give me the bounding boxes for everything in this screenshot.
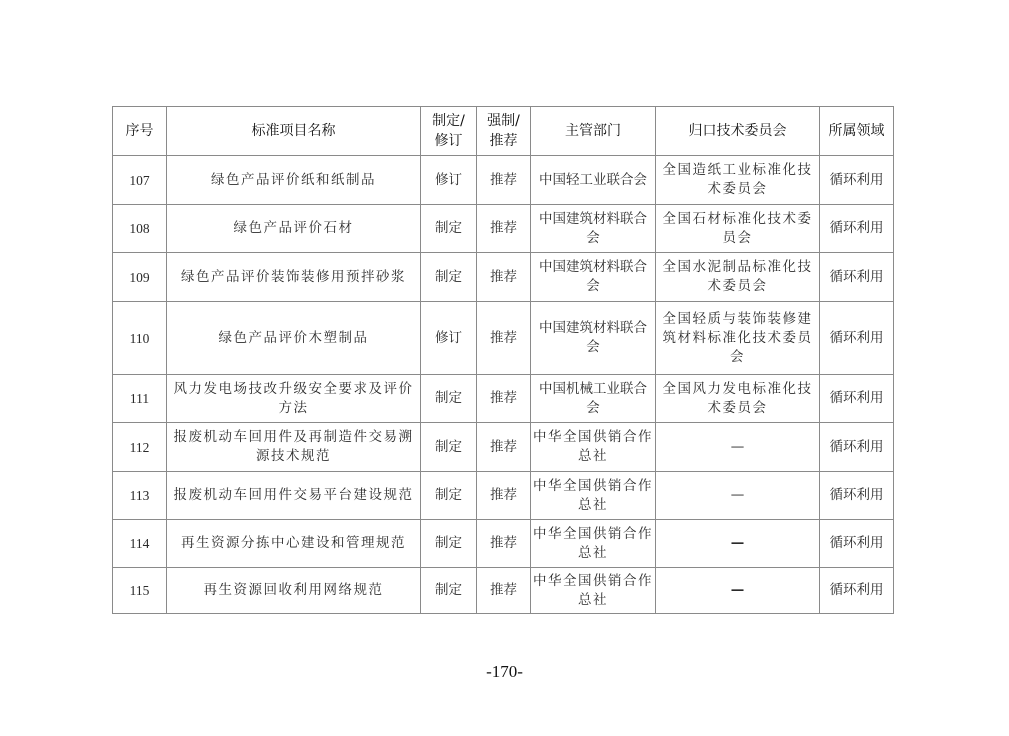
cell-domain: 循环利用: [820, 156, 894, 205]
cell-domain: 循环利用: [820, 375, 894, 423]
table-row: 115 再生资源回收利用网络规范 制定 推荐 中华全国供销合作总社 — 循环利用: [113, 568, 894, 614]
cell-name: 再生资源分拣中心建设和管理规范: [167, 520, 421, 568]
cell-dept: 中华全国供销合作总社: [531, 520, 656, 568]
cell-seq: 109: [113, 253, 167, 302]
cell-level: 推荐: [477, 568, 531, 614]
header-committee: 归口技术委员会: [656, 107, 820, 156]
cell-domain: 循环利用: [820, 253, 894, 302]
cell-type: 制定: [421, 520, 477, 568]
cell-committee: —: [656, 472, 820, 520]
cell-domain: 循环利用: [820, 520, 894, 568]
cell-committee: 全国轻质与装饰装修建筑材料标准化技术委员会: [656, 302, 820, 375]
cell-committee: 全国造纸工业标准化技术委员会: [656, 156, 820, 205]
cell-domain: 循环利用: [820, 472, 894, 520]
cell-dept: 中国机械工业联合会: [531, 375, 656, 423]
cell-dept: 中国建筑材料联合会: [531, 302, 656, 375]
cell-name: 绿色产品评价石材: [167, 205, 421, 253]
cell-dept: 中华全国供销合作总社: [531, 472, 656, 520]
table-row: 114 再生资源分拣中心建设和管理规范 制定 推荐 中华全国供销合作总社 — 循…: [113, 520, 894, 568]
cell-committee: —: [656, 520, 820, 568]
cell-type: 制定: [421, 375, 477, 423]
cell-dept: 中国轻工业联合会: [531, 156, 656, 205]
cell-name: 风力发电场技改升级安全要求及评价方法: [167, 375, 421, 423]
cell-name: 报废机动车回用件及再制造件交易溯源技术规范: [167, 423, 421, 472]
cell-seq: 115: [113, 568, 167, 614]
table-row: 107 绿色产品评价纸和纸制品 修订 推荐 中国轻工业联合会 全国造纸工业标准化…: [113, 156, 894, 205]
cell-domain: 循环利用: [820, 205, 894, 253]
cell-committee: —: [656, 568, 820, 614]
table-row: 109 绿色产品评价装饰装修用预拌砂浆 制定 推荐 中国建筑材料联合会 全国水泥…: [113, 253, 894, 302]
cell-name: 绿色产品评价木塑制品: [167, 302, 421, 375]
header-type: 制定/修订: [421, 107, 477, 156]
cell-dept: 中国建筑材料联合会: [531, 253, 656, 302]
header-name: 标准项目名称: [167, 107, 421, 156]
cell-level: 推荐: [477, 156, 531, 205]
header-level: 强制/推荐: [477, 107, 531, 156]
cell-level: 推荐: [477, 423, 531, 472]
cell-type: 制定: [421, 253, 477, 302]
cell-dept: 中华全国供销合作总社: [531, 423, 656, 472]
table-row: 113 报废机动车回用件交易平台建设规范 制定 推荐 中华全国供销合作总社 — …: [113, 472, 894, 520]
table-row: 108 绿色产品评价石材 制定 推荐 中国建筑材料联合会 全国石材标准化技术委员…: [113, 205, 894, 253]
document-page: 序号 标准项目名称 制定/修订 强制/推荐 主管部门 归口技术委员会 所属领域 …: [0, 0, 1009, 736]
header-level-label: 强制/推荐: [487, 113, 520, 149]
cell-type: 制定: [421, 568, 477, 614]
cell-level: 推荐: [477, 520, 531, 568]
cell-level: 推荐: [477, 253, 531, 302]
cell-level: 推荐: [477, 472, 531, 520]
cell-seq: 111: [113, 375, 167, 423]
cell-type: 修订: [421, 302, 477, 375]
cell-level: 推荐: [477, 375, 531, 423]
cell-type: 制定: [421, 472, 477, 520]
cell-name: 绿色产品评价纸和纸制品: [167, 156, 421, 205]
cell-domain: 循环利用: [820, 302, 894, 375]
page-number: -170-: [0, 662, 1009, 682]
header-seq: 序号: [113, 107, 167, 156]
cell-seq: 107: [113, 156, 167, 205]
cell-name: 再生资源回收利用网络规范: [167, 568, 421, 614]
cell-type: 制定: [421, 423, 477, 472]
cell-type: 修订: [421, 156, 477, 205]
cell-seq: 108: [113, 205, 167, 253]
cell-domain: 循环利用: [820, 568, 894, 614]
cell-name: 绿色产品评价装饰装修用预拌砂浆: [167, 253, 421, 302]
cell-committee: 全国石材标准化技术委员会: [656, 205, 820, 253]
cell-committee: —: [656, 423, 820, 472]
cell-committee: 全国风力发电标准化技术委员会: [656, 375, 820, 423]
table-header-row: 序号 标准项目名称 制定/修订 强制/推荐 主管部门 归口技术委员会 所属领域: [113, 107, 894, 156]
standards-table: 序号 标准项目名称 制定/修订 强制/推荐 主管部门 归口技术委员会 所属领域 …: [112, 106, 894, 614]
header-type-label: 制定/修订: [432, 113, 465, 149]
cell-level: 推荐: [477, 302, 531, 375]
cell-seq: 110: [113, 302, 167, 375]
cell-type: 制定: [421, 205, 477, 253]
header-domain: 所属领域: [820, 107, 894, 156]
table-row: 111 风力发电场技改升级安全要求及评价方法 制定 推荐 中国机械工业联合会 全…: [113, 375, 894, 423]
cell-seq: 112: [113, 423, 167, 472]
cell-seq: 113: [113, 472, 167, 520]
cell-dept: 中国建筑材料联合会: [531, 205, 656, 253]
cell-name: 报废机动车回用件交易平台建设规范: [167, 472, 421, 520]
cell-committee: 全国水泥制品标准化技术委员会: [656, 253, 820, 302]
cell-dept: 中华全国供销合作总社: [531, 568, 656, 614]
cell-domain: 循环利用: [820, 423, 894, 472]
table-row: 110 绿色产品评价木塑制品 修订 推荐 中国建筑材料联合会 全国轻质与装饰装修…: [113, 302, 894, 375]
cell-level: 推荐: [477, 205, 531, 253]
table-row: 112 报废机动车回用件及再制造件交易溯源技术规范 制定 推荐 中华全国供销合作…: [113, 423, 894, 472]
header-dept: 主管部门: [531, 107, 656, 156]
cell-seq: 114: [113, 520, 167, 568]
